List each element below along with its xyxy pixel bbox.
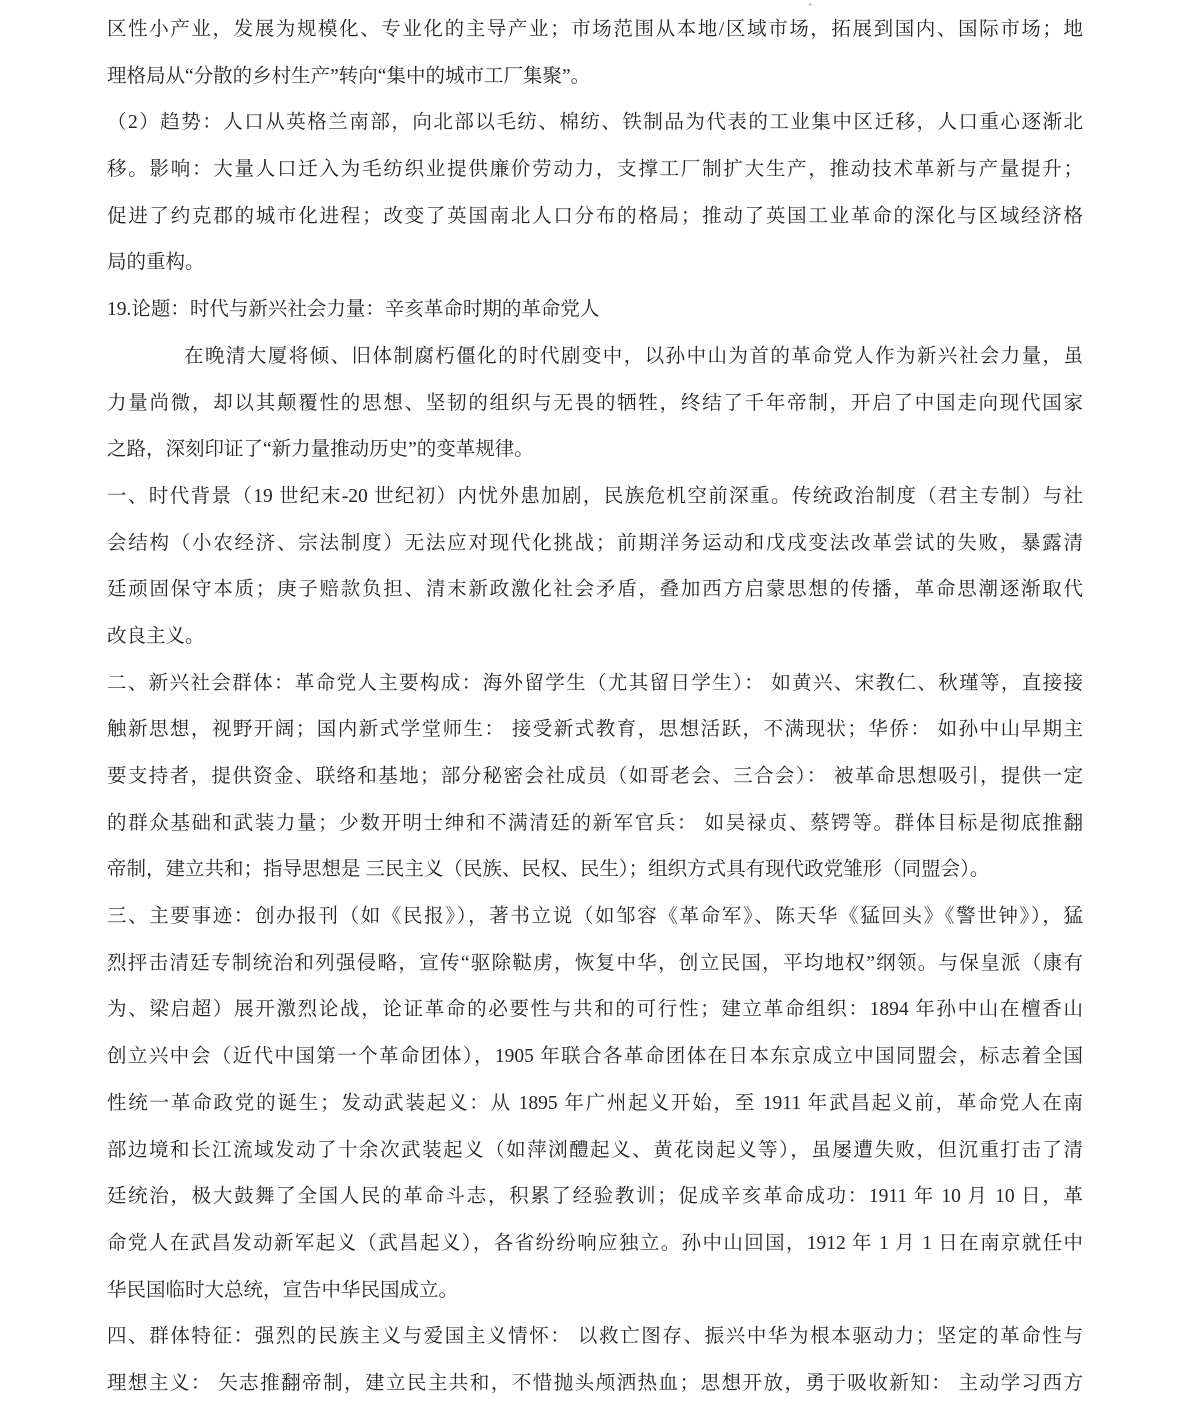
text-line: 二、新兴社会群体：革命党人主要构成：海外留学生（尤其留日学生）： 如黄兴、宋教仁…	[107, 661, 1083, 708]
text-line: 促进了约克郡的城市化进程；改变了英国南北人口分布的格局；推动了英国工业革命的深化…	[107, 194, 1083, 241]
text-line: 四、群体特征：强烈的民族主义与爱国主义情怀： 以救亡图存、振兴中华为根本驱动力；…	[107, 1314, 1083, 1361]
text-line: 性统一革命政党的诞生；发动武装起义：从 1895 年广州起义开始，至 1911 …	[107, 1081, 1083, 1128]
document-page: ˊ 区性小产业，发展为规模化、专业化的主导产业；市场范围从本地/区域市场，拓展到…	[0, 0, 1190, 1419]
text-line: 创立兴中会（近代中国第一个革命团体），1905 年联合各革命团体在日本东京成立中…	[107, 1034, 1083, 1081]
text-line: 为、梁启超）展开激烈论战，论证革命的必要性与共和的可行性；建立革命组织：1894…	[107, 987, 1083, 1034]
text-line: 局的重构。	[107, 240, 1083, 287]
text-line: 一、时代背景（19 世纪末-20 世纪初）内忧外患加剧，民族危机空前深重。传统政…	[107, 474, 1083, 521]
text-line: 要支持者，提供资金、联络和基地；部分秘密会社成员（如哥老会、三合会）： 被革命思…	[107, 754, 1083, 801]
text-line: 区性小产业，发展为规模化、专业化的主导产业；市场范围从本地/区域市场，拓展到国内…	[107, 7, 1083, 54]
text-line: 的群众基础和武装力量；少数开明士绅和不满清廷的新军官兵： 如吴禄贞、蔡锷等。群体…	[107, 801, 1083, 848]
text-line: 在晚清大厦将倾、旧体制腐朽僵化的时代剧变中，以孙中山为首的革命党人作为新兴社会力…	[107, 334, 1083, 381]
text-line: 帝制，建立共和；指导思想是 三民主义（民族、民权、民生）；组织方式具有现代政党雏…	[107, 847, 1083, 894]
document-body: 区性小产业，发展为规模化、专业化的主导产业；市场范围从本地/区域市场，拓展到国内…	[107, 7, 1083, 1408]
text-line: 廷顽固保守本质；庚子赔款负担、清末新政激化社会矛盾，叠加西方启蒙思想的传播，革命…	[107, 567, 1083, 614]
text-line: 命党人在武昌发动新军起义（武昌起义），各省纷纷响应独立。孙中山回国，1912 年…	[107, 1221, 1083, 1268]
text-line: 华民国临时大总统，宣告中华民国成立。	[107, 1268, 1083, 1315]
text-line: 移。影响：大量人口迁入为毛纺织业提供廉价劳动力，支撑工厂制扩大生产，推动技术革新…	[107, 147, 1083, 194]
text-line: 之路，深刻印证了“新力量推动历史”的变革规律。	[107, 427, 1083, 474]
text-line: 改良主义。	[107, 614, 1083, 661]
text-line: 会结构（小农经济、宗法制度）无法应对现代化挑战；前期洋务运动和戊戌变法改革尝试的…	[107, 521, 1083, 568]
text-line: 理想主义： 矢志推翻帝制，建立民主共和，不惜抛头颅洒热血；思想开放，勇于吸收新知…	[107, 1361, 1083, 1408]
text-line: 部边境和长江流域发动了十余次武装起义（如萍浏醴起义、黄花岗起义等），虽屡遭失败，…	[107, 1128, 1083, 1175]
text-line: 理格局从“分散的乡村生产”转向“集中的城市工厂集聚”。	[107, 54, 1083, 101]
text-line: 烈抨击清廷专制统治和列强侵略，宣传“驱除鞑虏，恢复中华，创立民国，平均地权”纲领…	[107, 941, 1083, 988]
text-line: （2）趋势：人口从英格兰南部，向北部以毛纺、棉纺、铁制品为代表的工业集中区迁移，…	[107, 100, 1083, 147]
text-line: 19.论题：时代与新兴社会力量：辛亥革命时期的革命党人	[107, 287, 1083, 334]
text-line: 廷统治，极大鼓舞了全国人民的革命斗志，积累了经验教训；促成辛亥革命成功：1911…	[107, 1174, 1083, 1221]
text-line: 触新思想，视野开阔；国内新式学堂师生： 接受新式教育，思想活跃，不满现状；华侨：…	[107, 707, 1083, 754]
text-line: 力量尚微，却以其颠覆性的思想、坚韧的组织与无畏的牺牲，终结了千年帝制，开启了中国…	[107, 381, 1083, 428]
text-line: 三、主要事迹：创办报刊（如《民报》），著书立说（如邹容《革命军》、陈天华《猛回头…	[107, 894, 1083, 941]
